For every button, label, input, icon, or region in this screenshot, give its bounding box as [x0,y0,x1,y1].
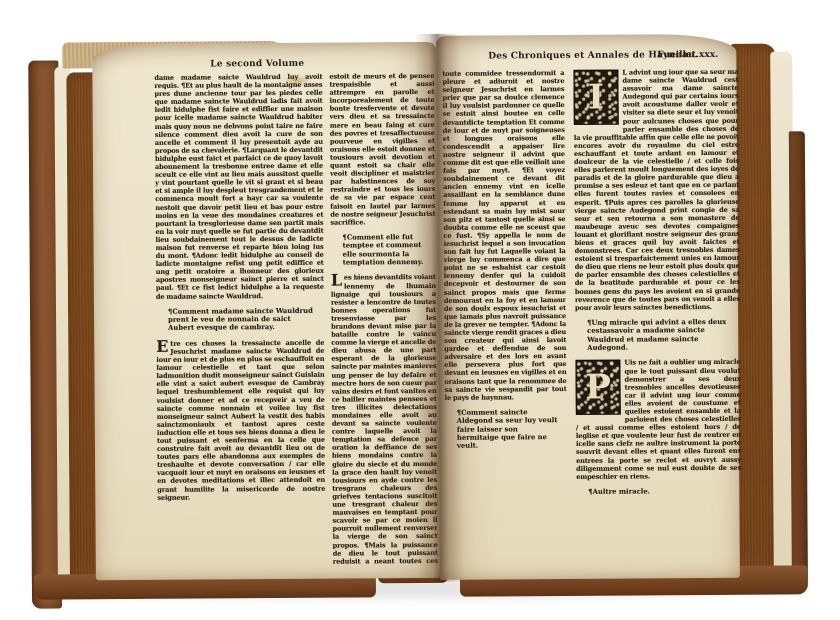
left-running-title: Le second Volume [92,58,422,70]
section-heading: ¶Ung miracle qui advint a elles deux ces… [587,318,734,353]
paragraph-text: tre ces choses la tressaincte ancelle de… [156,339,325,502]
section-heading: ¶Comment saincte Aldegond sa seur luy ve… [457,408,561,451]
paragraph: PUis ne fait a oublier ung miracle que l… [575,358,741,481]
left-page-column-2: estoit de meurs et de pensee trespaisibl… [329,72,437,565]
paragraph: dame madame saicte Wauldrud luy avoit re… [154,73,324,301]
woodcut-initial-I: I [573,70,618,125]
paragraph-text: es biens devantdits voiant lennemy de lh… [331,273,438,564]
woodcut-letter: P [577,383,620,391]
drop-cap-E: E [156,340,168,354]
paragraph: Les biens devantdits voiant lennemy de l… [331,273,438,564]
right-page: Des Chroniques et Annales de Haynnau. Fu… [436,34,740,580]
drop-cap-L: L [331,274,342,288]
section-heading: ¶Aultre miracle. [588,487,735,496]
section-heading: ¶Comment madame saincte Wauldrud prent l… [168,306,318,332]
right-page-column-1: toute commidee tressendormit a pleure et… [442,69,567,554]
left-page-text-block: dame madame saicte Wauldrud luy avoit re… [154,72,437,566]
section-heading: ¶Comment elle fut temptee et comment ell… [342,233,429,267]
woodcut-letter: I [575,93,618,101]
book-photograph: Le second Volume dame madame saicte Waul… [0,0,840,620]
left-page: Le second Volume dame madame saicte Waul… [92,42,440,580]
folio-number: Fueillet.xxx. [657,50,718,60]
right-page-text-block: toute commidee tressendormit a pleure et… [442,68,741,554]
open-book: Le second Volume dame madame saicte Waul… [26,3,814,610]
right-page-column-2: IL advint ung iour que sa seur ma dame s… [573,68,741,553]
left-page-column-1: dame madame saicte Wauldrud luy avoit re… [154,73,325,566]
woodcut-initial-P: P [575,360,620,415]
paragraph: estoit de meurs et de pensee trespaisibl… [329,72,435,227]
paragraph: Etre ces choses la tressaincte ancelle d… [156,339,325,502]
paragraph: IL advint ung iour que sa seur ma dame s… [573,68,740,312]
paragraph: toute commidee tressendormit a pleure et… [442,69,566,402]
right-leather-cover [789,131,808,583]
